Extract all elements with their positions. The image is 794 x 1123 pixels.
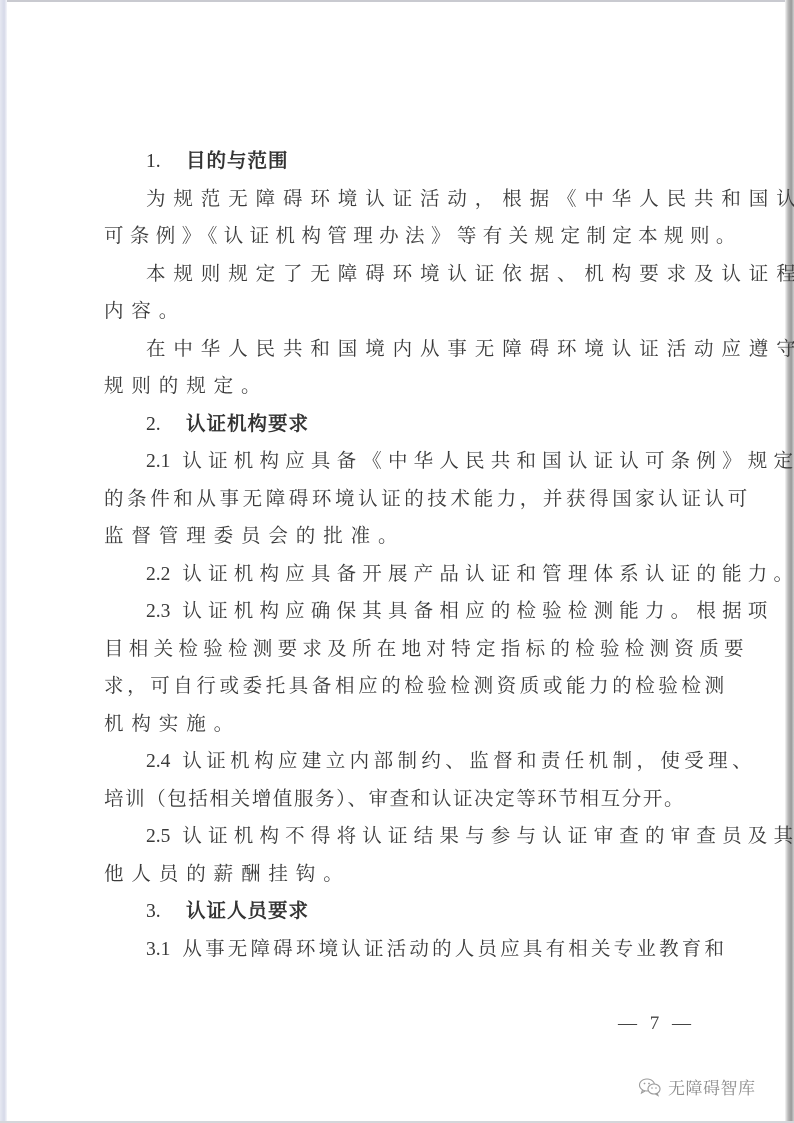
clause-number: 2.5 [146,826,170,847]
paragraph-line: 本规则规定了无障碍环境认证依据、机构要求及认证程序等 [104,255,696,293]
section-title: 认证人员要求 [186,899,309,922]
clause-2-4: 2.4认证机构应建立内部制约、监督和责任机制，使受理、 [104,742,696,780]
clause-2-2: 2.2认证机构应具备开展产品认证和管理体系认证的能力。 [104,555,696,593]
scan-edge-left [0,0,7,1123]
clause-number: 2.2 [146,564,170,585]
clause-text: 认证机构应建立内部制约、监督和责任机制，使受理、 [182,749,756,772]
clause-3-1: 3.1从事无障碍环境认证活动的人员应具有相关专业教育和 [104,930,696,968]
section-heading-2: 2.认证机构要求 [104,405,696,443]
clause-2-5: 2.5认证机构不得将认证结果与参与认证审查的审查员及其 [104,817,696,855]
paragraph-line: 监督管理委员会的批准。 [104,517,696,555]
paragraph-line: 目相关检验检测要求及所在地对特定指标的检验检测资质要 [104,630,696,668]
clause-number: 2.1 [146,451,170,472]
clause-number: 2.4 [146,751,170,772]
section-title: 目的与范围 [186,149,289,172]
section-number: 1. [146,143,186,181]
paragraph-line: 规则的规定。 [104,367,696,405]
section-title: 认证机构要求 [186,412,309,435]
paragraph-line: 求，可自行或委托具备相应的检验检测资质或能力的检验检测 [104,667,696,705]
section-heading-1: 1.目的与范围 [104,142,696,180]
wechat-icon [638,1077,662,1097]
watermark: 无障碍智库 [638,1074,756,1099]
clause-number: 3.1 [146,939,170,960]
paragraph-line: 机构实施。 [104,705,696,743]
section-number: 2. [146,406,186,444]
paragraph-line: 的条件和从事无障碍环境认证的技术能力，并获得国家认证认可 [104,480,696,518]
scan-edge-top [0,0,794,2]
clause-text: 从事无障碍环境认证活动的人员应具有相关专业教育和 [182,937,727,960]
paragraph-line: 在中华人民共和国境内从事无障碍环境认证活动应遵守本 [104,330,696,368]
paragraph-line: 内容。 [104,292,696,330]
document-page: 1.目的与范围 为规范无障碍环境认证活动，根据《中华人民共和国认证认 可条例》《… [104,142,696,967]
clause-number: 2.3 [146,601,170,622]
clause-text: 认证机构应具备《中华人民共和国认证认可条例》规定 [182,449,794,472]
paragraph-line: 可条例》《认证机构管理办法》等有关规定制定本规则。 [104,217,696,255]
clause-text: 认证机构不得将认证结果与参与认证审查的审查员及其 [182,824,794,847]
paragraph-line: 培训（包括相关增值服务）、审查和认证决定等环节相互分开。 [104,780,696,818]
page-number: — 7 — [618,1013,695,1035]
clause-text: 认证机构应具备开展产品认证和管理体系认证的能力。 [182,562,794,585]
paragraph-line: 为规范无障碍环境认证活动，根据《中华人民共和国认证认 [104,180,696,218]
paragraph-line: 他人员的薪酬挂钩。 [104,855,696,893]
section-heading-3: 3.认证人员要求 [104,892,696,930]
clause-2-1: 2.1认证机构应具备《中华人民共和国认证认可条例》规定 [104,442,696,480]
clause-2-3: 2.3认证机构应确保其具备相应的检验检测能力。根据项 [104,592,696,630]
section-number: 3. [146,893,186,931]
clause-text: 认证机构应确保其具备相应的检验检测能力。根据项 [182,599,773,622]
watermark-text: 无障碍智库 [668,1074,756,1099]
